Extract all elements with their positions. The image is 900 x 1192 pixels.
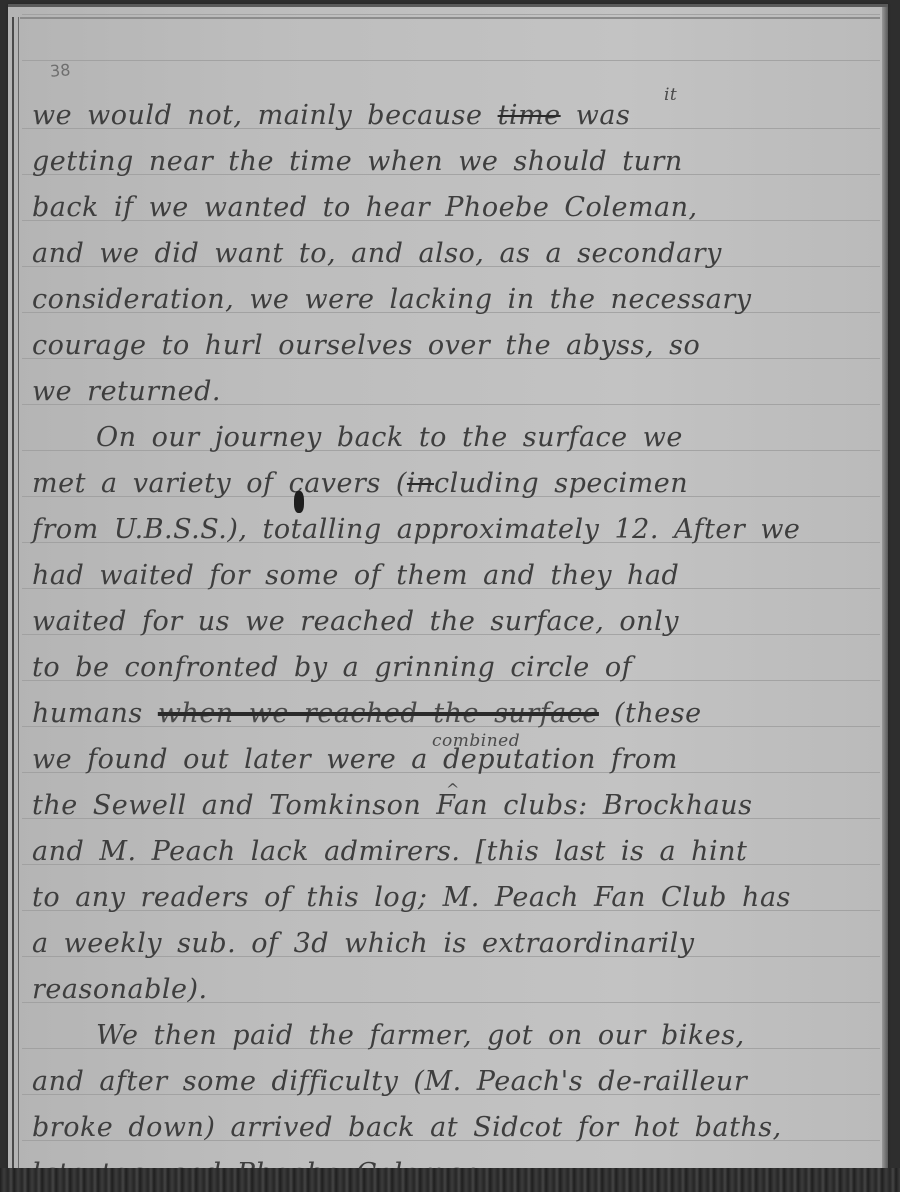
- text-line-16: the Sewell and Tomkinson Fan clubs: Broc…: [32, 783, 882, 829]
- text-line-3: back if we wanted to hear Phoebe Coleman…: [32, 185, 882, 231]
- text-line-8: On our journey back to the surface we: [32, 415, 882, 461]
- struck-word: time: [498, 100, 561, 131]
- struck-phrase: when we reached the surface: [158, 698, 599, 729]
- notebook-page: 38 we would not, mainly because time was…: [8, 4, 888, 1179]
- line-text: met a variety of cavers (: [32, 468, 407, 499]
- notebook-photo: 38 we would not, mainly because time was…: [0, 0, 900, 1192]
- overwritten-letters: in: [407, 468, 434, 499]
- text-line-21: We then paid the farmer, got on our bike…: [32, 1013, 882, 1059]
- line-text: humans: [32, 698, 158, 729]
- text-line-1: we would not, mainly because time was it: [32, 93, 882, 139]
- text-line-17: and M. Peach lack admirers. [this last i…: [32, 829, 882, 875]
- text-line-10: from U.B.S.S.), totalling approximately …: [32, 507, 882, 553]
- text-line-9: met a variety of cavers (including speci…: [32, 461, 882, 507]
- text-line-19: a weekly sub. of 3d which is extraordina…: [32, 921, 882, 967]
- insertion-above: it: [664, 87, 677, 104]
- text-line-4: and we did want to, and also, as a secon…: [32, 231, 882, 277]
- text-line-18: to any readers of this log; M. Peach Fan…: [32, 875, 882, 921]
- line-text: (these: [599, 698, 702, 729]
- line-text: cluding specimen: [434, 468, 688, 499]
- text-line-22: and after some difficulty (M. Peach's de…: [32, 1059, 882, 1105]
- text-line-11: had waited for some of them and they had: [32, 553, 882, 599]
- page-number: 38: [49, 60, 71, 80]
- line-text: we found out later were a: [32, 744, 443, 775]
- insertion-above: combined: [432, 733, 520, 750]
- handwritten-text: we would not, mainly because time was it…: [32, 93, 882, 1192]
- text-line-15: we found out later were a deputation fro…: [32, 737, 882, 783]
- text-line-2: getting near the time when we should tur…: [32, 139, 882, 185]
- text-line-5: consideration, we were lacking in the ne…: [32, 277, 882, 323]
- text-line-7: we returned.: [32, 369, 882, 415]
- text-line-6: courage to hurl ourselves over the abyss…: [32, 323, 882, 369]
- line-text: was: [561, 100, 631, 131]
- text-line-13: to be confronted by a grinning circle of: [32, 645, 882, 691]
- text-line-12: waited for us we reached the surface, on…: [32, 599, 882, 645]
- text-line-23: broke down) arrived back at Sidcot for h…: [32, 1105, 882, 1151]
- page-top-rule: [20, 17, 880, 19]
- notebook-binding: [0, 1168, 900, 1192]
- line-text: we would not, mainly because: [32, 100, 498, 131]
- text-line-20: reasonable).: [32, 967, 882, 1013]
